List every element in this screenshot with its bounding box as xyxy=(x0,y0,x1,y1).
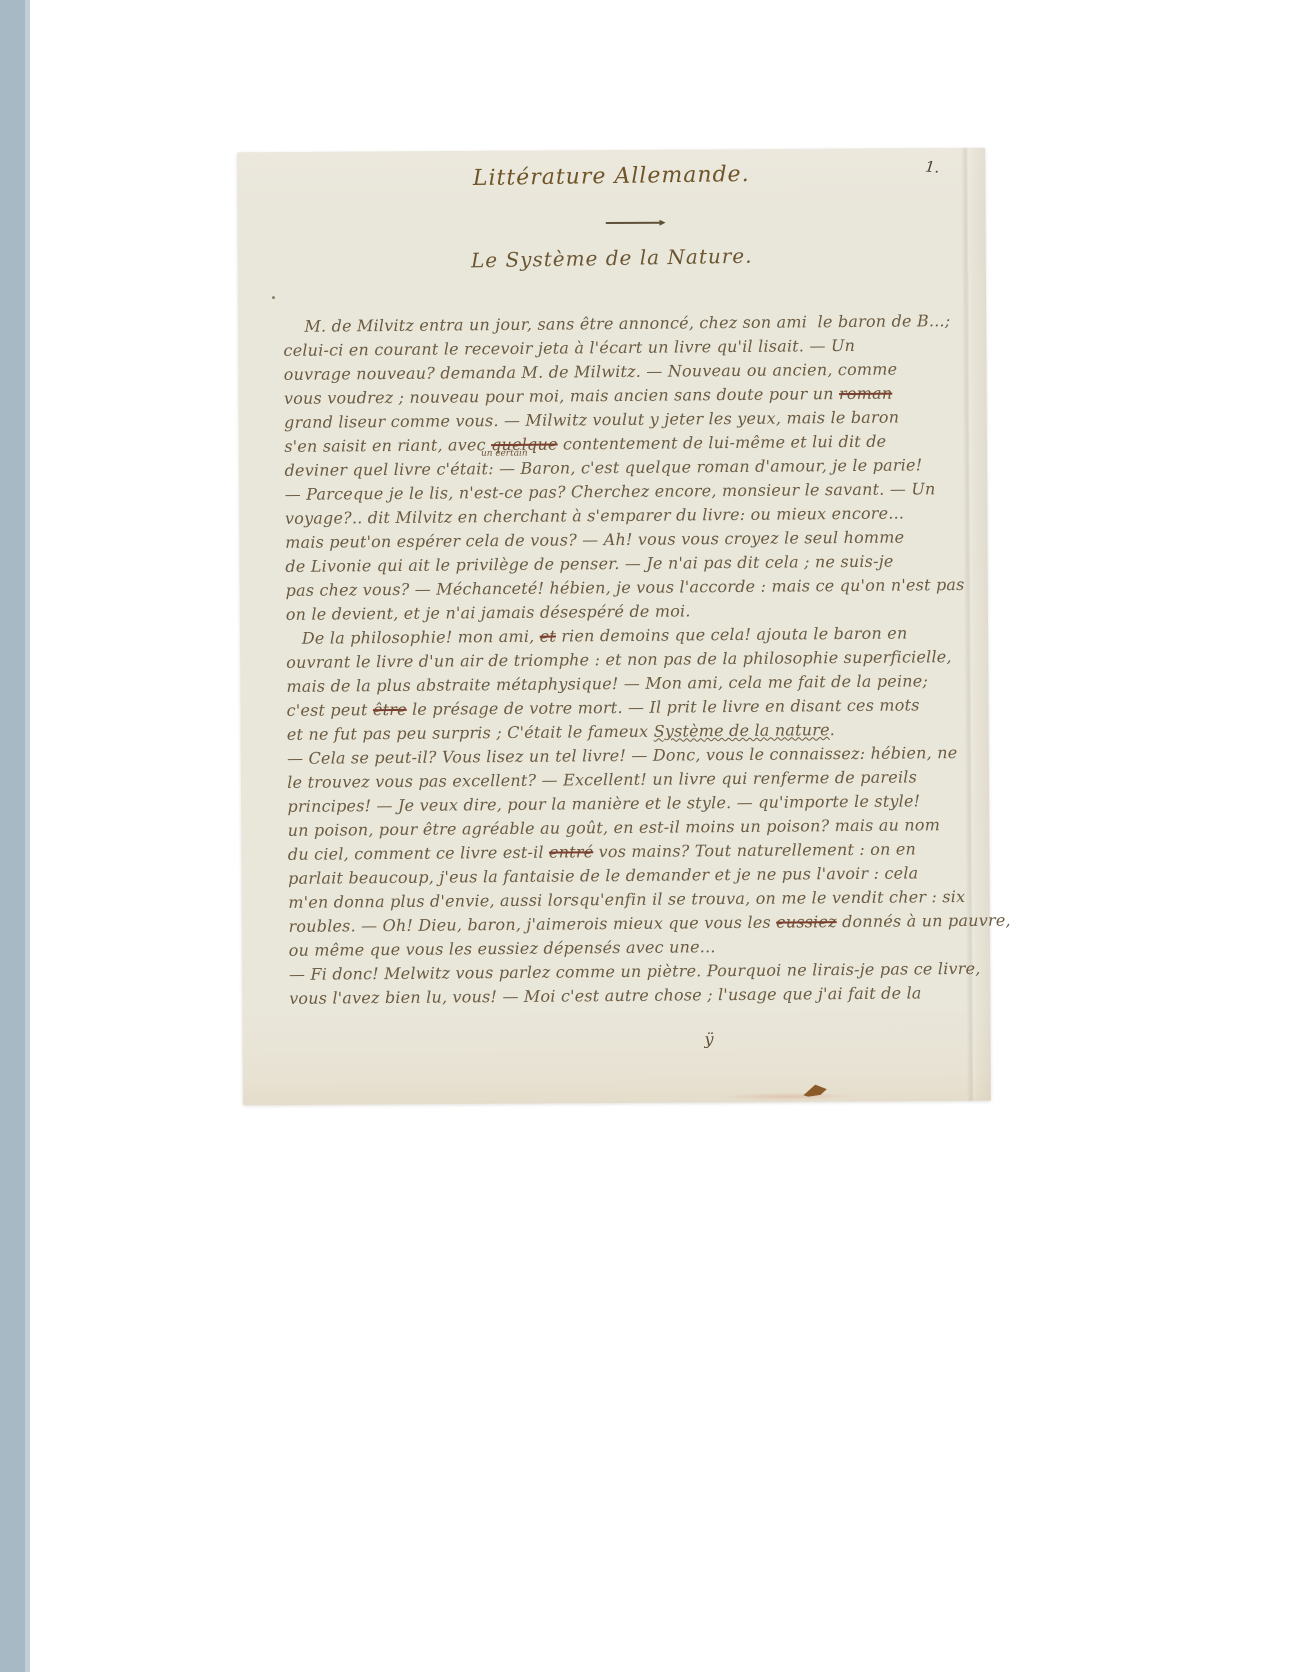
manuscript-body: M. de Milvitz entra un jour, sans être a… xyxy=(283,309,979,1011)
interline-insertion: un certain xyxy=(481,449,528,459)
ink-speck xyxy=(272,296,275,299)
header-underline-rule xyxy=(606,222,664,224)
document-viewer[interactable]: 1. Littérature Allemande. Le Système de … xyxy=(30,0,1301,1672)
catchword-mark: ÿ xyxy=(704,1029,713,1048)
manuscript-line: vous l'avez bien lu, vous! — Moi c'est a… xyxy=(289,981,979,1011)
manuscript-title: Le Système de la Nature. xyxy=(238,240,986,276)
bottom-edge-smudge xyxy=(723,1093,853,1101)
left-accent-bar xyxy=(0,0,30,1672)
manuscript-page: 1. Littérature Allemande. Le Système de … xyxy=(237,148,991,1106)
manuscript-header: Littérature Allemande. xyxy=(237,158,985,194)
